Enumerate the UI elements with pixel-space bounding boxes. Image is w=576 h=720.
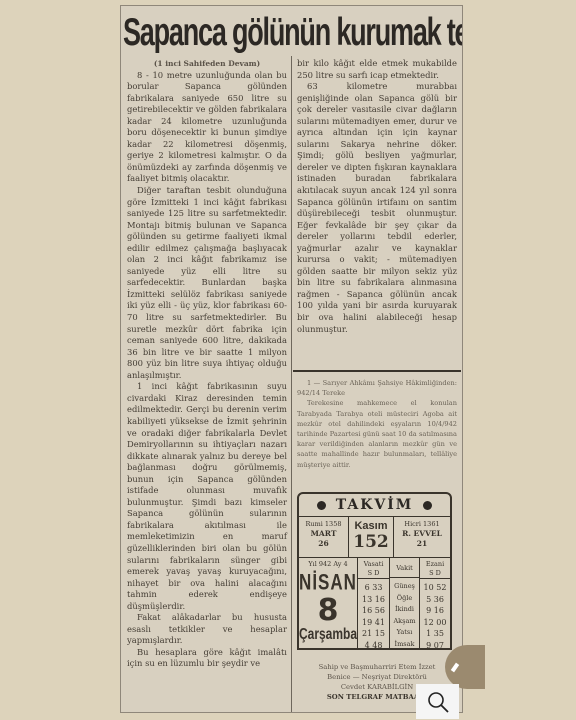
- zoom-button[interactable]: [416, 684, 459, 719]
- day-number: 8: [299, 595, 357, 627]
- section-divider: [293, 370, 461, 372]
- side-tab-button[interactable]: [445, 645, 485, 689]
- notice-heading: 1 — Sarıyer Ahkâmı Şahsiye Hâkimliğinden…: [297, 378, 457, 398]
- magnifier-icon: [426, 690, 450, 714]
- paragraph: 63 kilometre murabbaı genişliğinde olan …: [297, 81, 457, 335]
- kasim-count: Kasım 152: [349, 517, 394, 557]
- rumi-date: Rumi 1358 MART 26: [299, 517, 349, 557]
- bullet-icon: [423, 501, 432, 510]
- vakit-column: Vakit Güneş Öğle İkindi Akşam Yatsı İmsa…: [390, 558, 420, 650]
- ezani-column: Ezani S D 10 52 5 36 9 16 12 00 1 35 9 0…: [420, 558, 450, 650]
- paragraph: Diğer taraftan tesbit olunduğuna göre İz…: [127, 185, 287, 381]
- article-left-column: (1 inci Sahifeden Devam) 8 - 10 metre uz…: [127, 58, 287, 670]
- year-info: Yıl 942 Ay 4: [299, 558, 357, 569]
- paragraph: bir kilo kâğıt elde etmek mukabilde 250 …: [297, 58, 457, 81]
- column-divider: [291, 56, 292, 713]
- prayer-times: Vasati S D 6 33 13 16 16 56 19 41 21 15 …: [358, 558, 450, 650]
- month-name: NİSAN: [299, 570, 357, 596]
- hicri-date: Hicri 1361 R. EVVEL 21: [394, 517, 450, 557]
- calendar-header-row: Rumi 1358 MART 26 Kasım 152 Hicri 1361 R…: [299, 517, 450, 558]
- calendar-title: TAKVİM: [336, 497, 414, 513]
- vasati-column: Vasati S D 6 33 13 16 16 56 19 41 21 15 …: [358, 558, 390, 650]
- paragraph: Fakat alâkadarlar bu hususta esaslı tetk…: [127, 612, 287, 647]
- newspaper-clipping: Sapanca gölünün kurumak tehlikesi (1 inc…: [120, 5, 463, 713]
- notice-body: Terekesine mahkemece el konulan Tarabyad…: [297, 398, 457, 469]
- bullet-icon: [317, 501, 326, 510]
- calendar-title-bar: TAKVİM: [299, 494, 450, 517]
- continued-from: (1 inci Sahifeden Devam): [127, 58, 287, 70]
- calendar-box: TAKVİM Rumi 1358 MART 26 Kasım 152 Hicri…: [297, 492, 452, 650]
- weekday-name: Çarşamba: [299, 625, 357, 643]
- paragraph: 8 - 10 metre uzunluğunda olan bu borular…: [127, 70, 287, 185]
- paragraph: 1 inci kâğıt fabrikasının suyu civardaki…: [127, 381, 287, 612]
- main-date: Yıl 942 Ay 4 NİSAN 8 Çarşamba: [299, 558, 358, 650]
- paragraph: Bu hesaplara göre kâğıt imalâtı için su …: [127, 647, 287, 670]
- article-right-column: bir kilo kâğıt elde etmek mukabilde 250 …: [297, 58, 457, 335]
- calendar-body: Yıl 942 Ay 4 NİSAN 8 Çarşamba Vasati S D…: [299, 558, 450, 650]
- legal-notice: 1 — Sarıyer Ahkâmı Şahsiye Hâkimliğinden…: [297, 378, 457, 470]
